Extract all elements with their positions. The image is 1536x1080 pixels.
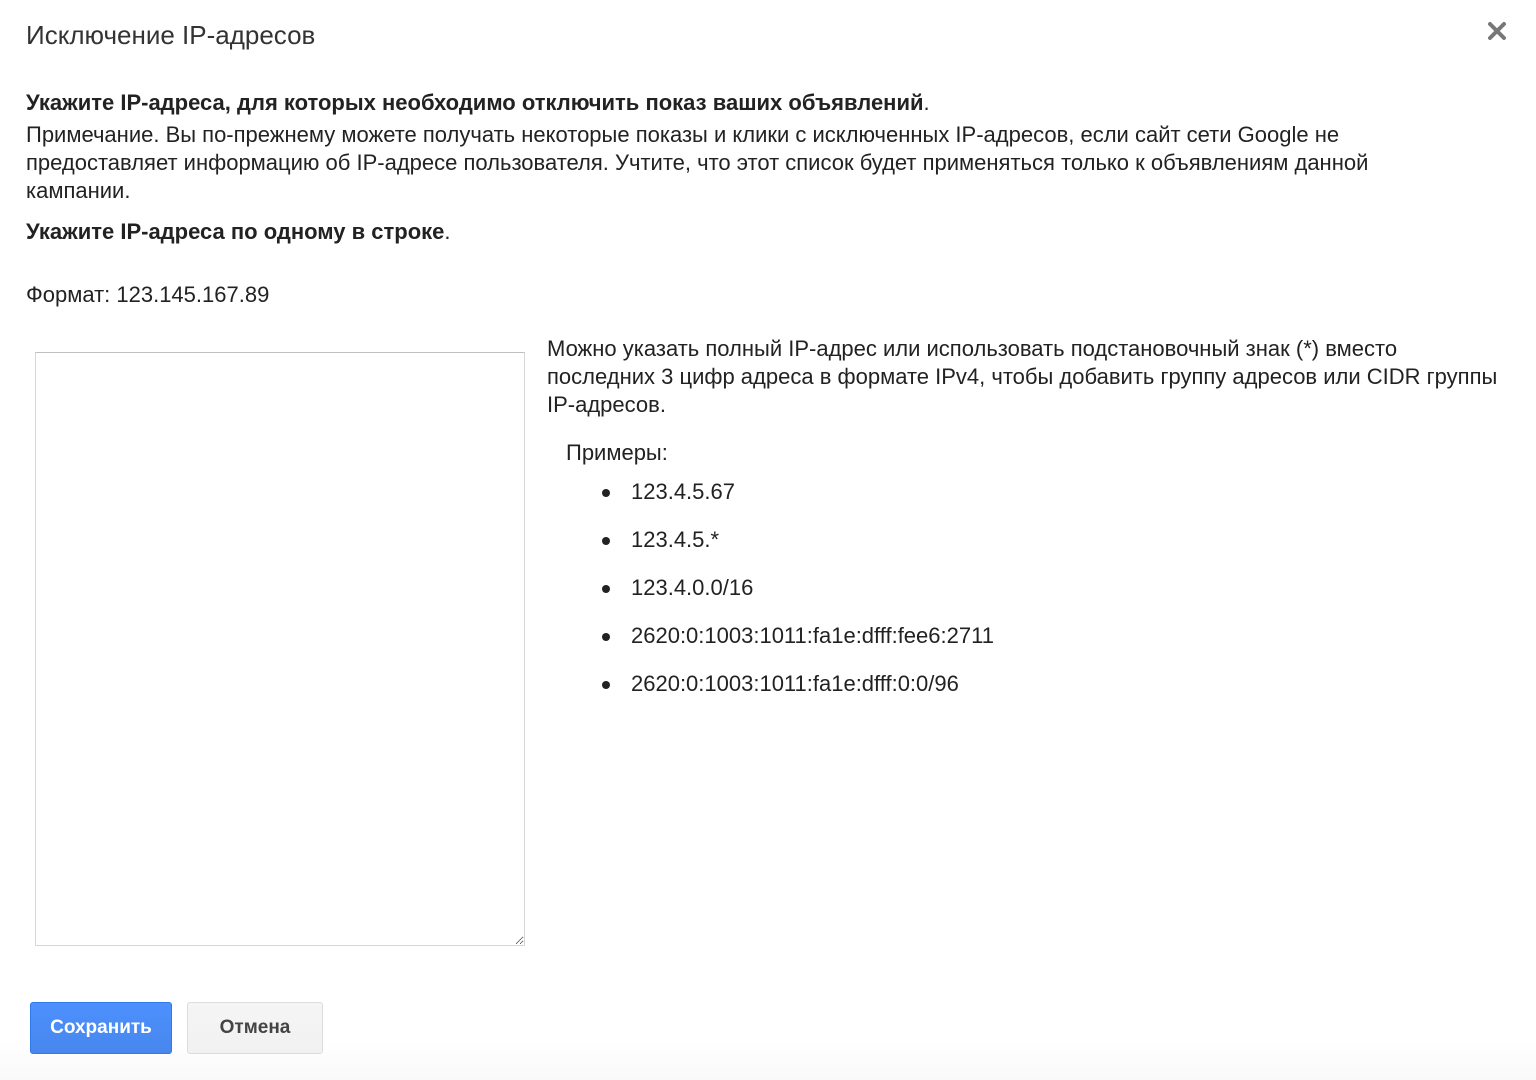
example-item: 2620:0:1003:1011:fa1e:dfff:0:0/96	[547, 667, 1507, 715]
close-icon	[1482, 16, 1512, 46]
example-item: 123.4.0.0/16	[547, 571, 1507, 619]
help-text: Можно указать полный IP-адрес или исполь…	[547, 335, 1507, 419]
examples-label: Примеры:	[566, 439, 1507, 467]
examples-list: 123.4.5.67 123.4.5.* 123.4.0.0/16 2620:0…	[547, 475, 1507, 715]
note-text: Примечание. Вы по-прежнему можете получа…	[26, 121, 1476, 205]
example-item: 123.4.5.67	[547, 475, 1507, 523]
help-panel: Можно указать полный IP-адрес или исполь…	[547, 335, 1507, 715]
instruction-bold: Укажите IP-адреса, для которых необходим…	[26, 90, 924, 115]
exclude-ip-dialog: Исключение IP-адресов Укажите IP-адреса,…	[0, 0, 1536, 1080]
format-hint: Формат: 123.145.167.89	[26, 282, 269, 308]
example-item: 123.4.5.*	[547, 523, 1507, 571]
ip-addresses-input[interactable]	[35, 352, 525, 946]
bullet-icon	[602, 585, 610, 593]
instruction2-suffix: .	[444, 219, 450, 244]
instruction-suffix: .	[924, 90, 930, 115]
instruction2-bold: Укажите IP-адреса по одному в строке	[26, 219, 444, 244]
close-button[interactable]	[1482, 16, 1512, 46]
dialog-actions: Сохранить Отмена	[30, 1002, 323, 1054]
save-button[interactable]: Сохранить	[30, 1002, 172, 1054]
dialog-title: Исключение IP-адресов	[26, 20, 315, 51]
instruction-one-per-line: Укажите IP-адреса по одному в строке.	[26, 217, 1506, 247]
cancel-button[interactable]: Отмена	[187, 1002, 323, 1054]
bullet-icon	[602, 537, 610, 545]
bullet-icon	[602, 489, 610, 497]
example-item: 2620:0:1003:1011:fa1e:dfff:fee6:2711	[547, 619, 1507, 667]
dialog-content: Укажите IP-адреса, для которых необходим…	[26, 88, 1506, 247]
bullet-icon	[602, 681, 610, 689]
bullet-icon	[602, 633, 610, 641]
instruction: Укажите IP-адреса, для которых необходим…	[26, 88, 1506, 118]
